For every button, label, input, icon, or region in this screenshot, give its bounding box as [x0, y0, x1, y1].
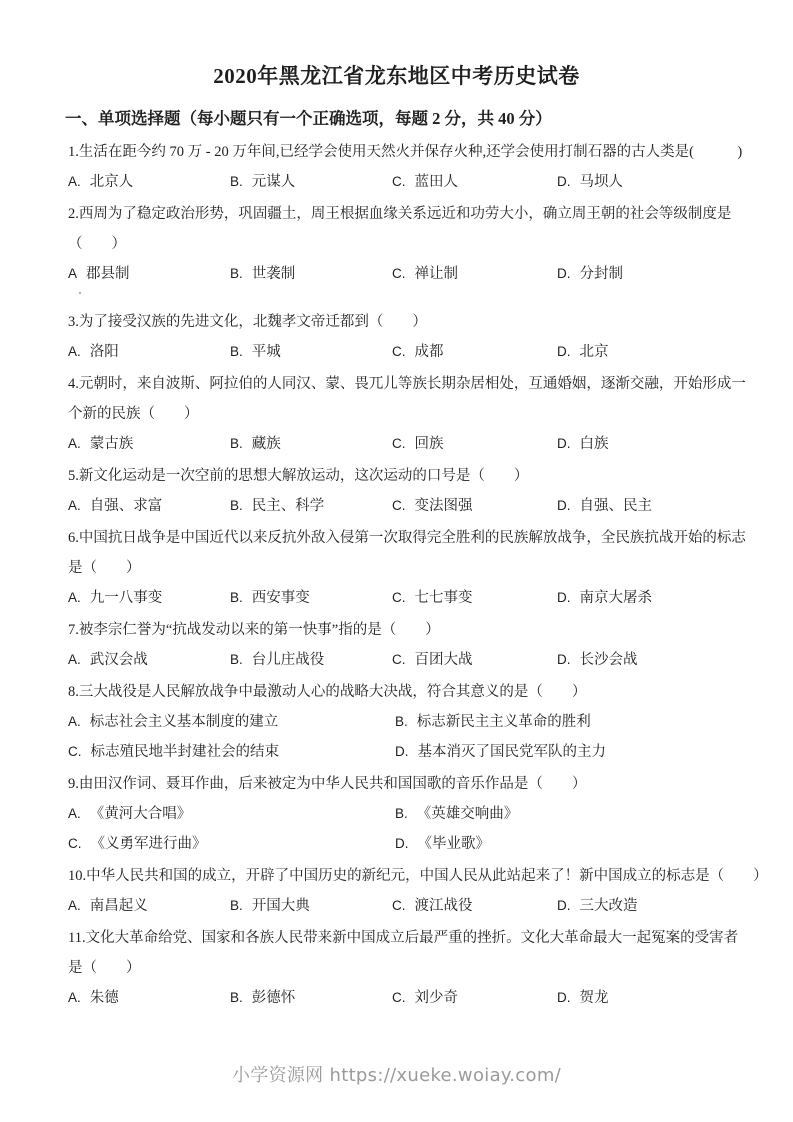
question-8-text-line: 8.三大战役是人民解放战争中最激动人心的战略大决战，符合其意义的是（ ）	[68, 677, 780, 707]
option-letter: A.	[68, 491, 81, 521]
question-4-option-D: D.白族	[557, 429, 609, 459]
option-letter: D.	[557, 429, 571, 459]
question-11-options-row: A.朱德B.彭德怀C.刘少奇D.贺龙	[68, 983, 780, 1013]
option-letter: A.	[68, 983, 81, 1013]
question-10-option-C: C.渡江战役	[392, 891, 557, 921]
option-letter: A.	[68, 707, 81, 737]
option-text: 元谋人	[252, 174, 296, 190]
option-text: 变法图强	[415, 498, 473, 514]
question-3-option-D: D.北京	[557, 337, 609, 367]
option-letter: C.	[392, 337, 406, 367]
option-text: 郡县制	[86, 266, 130, 282]
question-11-text-line: 11.文化大革命给党、国家和各族人民带来新中国成立后最严重的挫折。文化大革命最大…	[68, 923, 780, 953]
option-letter: D.	[557, 337, 571, 367]
option-letter: C.	[68, 737, 82, 767]
question-3-option-A: A.洛阳	[68, 337, 230, 367]
option-letter: B.	[230, 583, 243, 613]
option-text: 世袭制	[252, 266, 296, 282]
question-1-text-line: 1.生活在距今约 70 万 - 20 万年间,已经学会使用天然火并保存火种,还学…	[68, 137, 780, 167]
option-letter: C.	[68, 829, 82, 859]
option-text: 基本消灭了国民党军队的主力	[418, 744, 607, 760]
option-text: 标志殖民地半封建社会的结束	[91, 744, 280, 760]
option-text: 台儿庄战役	[252, 652, 325, 668]
option-text: 《黄河大合唱》	[90, 806, 192, 822]
question-9-text-line: 9.由田汉作词、聂耳作曲，后来被定为中华人民共和国国歌的音乐作品是（ ）	[68, 769, 780, 799]
option-text: 渡江战役	[415, 898, 473, 914]
option-letter: C.	[392, 583, 406, 613]
question-9-option-B: B.《英雄交响曲》	[395, 799, 518, 829]
option-text: 彭德怀	[252, 990, 296, 1006]
option-text: 马坝人	[580, 174, 624, 190]
footer-link[interactable]: https://xueke.woiay.com/	[330, 1065, 562, 1086]
question-11-option-B: B.彭德怀	[230, 983, 392, 1013]
option-text: 刘少奇	[415, 990, 459, 1006]
option-text: 自强、求富	[90, 498, 163, 514]
question-5-option-C: C.变法图强	[392, 491, 557, 521]
option-letter: D.	[395, 829, 409, 859]
option-letter: A.	[68, 337, 81, 367]
option-text: 标志新民主主义革命的胜利	[417, 714, 591, 730]
question-9-options-row: C.《义勇军进行曲》D.《毕业歌》	[68, 829, 780, 859]
question-6-option-D: D.南京大屠杀	[557, 583, 652, 613]
question-11-option-C: C.刘少奇	[392, 983, 557, 1013]
question-4: 4.元朝时，来自波斯、阿拉伯的人同汉、蒙、畏兀儿等族长期杂居相处，互通婚姻，逐渐…	[68, 369, 780, 459]
question-4-option-C: C.回族	[392, 429, 557, 459]
option-text: 成都	[415, 344, 444, 360]
question-8-options-row: A.标志社会主义基本制度的建立B.标志新民主主义革命的胜利	[68, 707, 780, 737]
question-5: 5.新文化运动是一次空前的思想大解放运动，这次运动的口号是（ ）A.自强、求富B…	[68, 461, 780, 521]
question-3-option-C: C.成都	[392, 337, 557, 367]
option-text: 《毕业歌》	[418, 836, 491, 852]
question-7-option-D: D.长沙会战	[557, 645, 638, 675]
option-letter: C.	[392, 891, 406, 921]
questions-list: 1.生活在距今约 70 万 - 20 万年间,已经学会使用天然火并保存火种,还学…	[68, 137, 780, 1015]
option-text: 藏族	[252, 436, 281, 452]
question-4-option-A: A.蒙古族	[68, 429, 230, 459]
option-letter: B.	[230, 645, 243, 675]
option-text: 武汉会战	[90, 652, 148, 668]
question-11: 11.文化大革命给党、国家和各族人民带来新中国成立后最严重的挫折。文化大革命最大…	[68, 923, 780, 1013]
question-6-text-line: 6.中国抗日战争是中国近代以来反抗外敌入侵第一次取得完全胜利的民族解放战争，全民…	[68, 523, 780, 553]
question-2: 2.西周为了稳定政治形势，巩固疆土，周王根据血缘关系远近和功劳大小，确立周王朝的…	[68, 199, 780, 305]
option-text: 长沙会战	[580, 652, 638, 668]
option-text: 蓝田人	[415, 174, 459, 190]
option-text: 分封制	[580, 266, 624, 282]
question-8-options-row: C.标志殖民地半封建社会的结束D.基本消灭了国民党军队的主力	[68, 737, 780, 767]
option-letter: D.	[557, 891, 571, 921]
question-9-option-D: D.《毕业歌》	[395, 829, 490, 859]
footer: 小学资源网 https://xueke.woiay.com/	[0, 1063, 793, 1089]
question-7-option-C: C.百团大战	[392, 645, 557, 675]
question-8-option-A: A.标志社会主义基本制度的建立	[68, 707, 395, 737]
option-letter: D.	[557, 259, 571, 289]
question-1: 1.生活在距今约 70 万 - 20 万年间,已经学会使用天然火并保存火种,还学…	[68, 137, 780, 197]
question-10-options-row: A.南昌起义B.开国大典C.渡江战役D.三大改造	[68, 891, 780, 921]
option-text: 《义勇军进行曲》	[91, 836, 207, 852]
option-letter: B.	[395, 799, 408, 829]
option-text: 南昌起义	[90, 898, 148, 914]
question-4-options-row: A.蒙古族B.藏族C.回族D.白族	[68, 429, 780, 459]
option-letter: A	[68, 259, 77, 289]
option-text: 朱德	[90, 990, 119, 1006]
option-letter: C.	[392, 983, 406, 1013]
question-4-text-line: 个新的民族（ ）	[68, 399, 780, 429]
option-letter: D.	[557, 491, 571, 521]
question-5-option-D: D.自强、民主	[557, 491, 652, 521]
option-letter: B.	[395, 707, 408, 737]
option-letter: D.	[557, 645, 571, 675]
option-letter: A.	[68, 167, 81, 197]
question-9: 9.由田汉作词、聂耳作曲，后来被定为中华人民共和国国歌的音乐作品是（ ）A.《黄…	[68, 769, 780, 859]
option-letter: A.	[68, 799, 81, 829]
question-11-text-line: 是（ ）	[68, 953, 780, 983]
option-text: 贺龙	[580, 990, 609, 1006]
option-letter: A.	[68, 891, 81, 921]
option-text: 蒙古族	[90, 436, 134, 452]
option-letter: B.	[230, 337, 243, 367]
question-10-text-line: 10.中华人民共和国的成立，开辟了中国历史的新纪元，中国人民从此站起来了！新中国…	[68, 861, 780, 891]
option-letter: A.	[68, 583, 81, 613]
question-5-option-B: B.民主、科学	[230, 491, 392, 521]
question-7-options-row: A.武汉会战B.台儿庄战役C.百团大战D.长沙会战	[68, 645, 780, 675]
question-2-option-B: B.世袭制	[230, 259, 392, 289]
section-header: 一、单项选择题（每小题只有一个正确选项，每题 2 分，共 40 分）	[65, 106, 785, 132]
option-text: 七七事变	[415, 590, 473, 606]
question-7-text-line: 7.被李宗仁誉为“抗战发动以来的第一快事”指的是（ ）	[68, 615, 780, 645]
option-letter: D.	[557, 167, 571, 197]
exam-paper-page: 2020年黑龙江省龙东地区中考历史试卷 一、单项选择题（每小题只有一个正确选项，…	[0, 0, 793, 1122]
question-6: 6.中国抗日战争是中国近代以来反抗外敌入侵第一次取得完全胜利的民族解放战争，全民…	[68, 523, 780, 613]
option-text: 洛阳	[90, 344, 119, 360]
option-letter: C.	[392, 645, 406, 675]
option-letter: C.	[392, 167, 406, 197]
question-2-text-line: （ ）	[68, 229, 780, 259]
option-text: 九一八事变	[90, 590, 163, 606]
question-8-option-D: D.基本消灭了国民党军队的主力	[395, 737, 606, 767]
question-3-option-B: B.平城	[230, 337, 392, 367]
scan-artifact-mark: '	[68, 289, 780, 305]
question-1-option-D: D.马坝人	[557, 167, 623, 197]
option-letter: B.	[230, 491, 243, 521]
question-7-option-A: A.武汉会战	[68, 645, 230, 675]
question-6-options-row: A.九一八事变B.西安事变C.七七事变D.南京大屠杀	[68, 583, 780, 613]
question-11-option-A: A.朱德	[68, 983, 230, 1013]
question-7: 7.被李宗仁誉为“抗战发动以来的第一快事”指的是（ ）A.武汉会战B.台儿庄战役…	[68, 615, 780, 675]
page-title: 2020年黑龙江省龙东地区中考历史试卷	[0, 60, 793, 92]
option-letter: B.	[230, 167, 243, 197]
option-text: 平城	[252, 344, 281, 360]
question-8-option-C: C.标志殖民地半封建社会的结束	[68, 737, 395, 767]
option-text: 标志社会主义基本制度的建立	[90, 714, 279, 730]
option-text: 自强、民主	[580, 498, 653, 514]
question-3-text-line: 3.为了接受汉族的先进文化，北魏孝文帝迁都到（ ）	[68, 307, 780, 337]
question-2-option-D: D.分封制	[557, 259, 623, 289]
option-text: 《英雄交响曲》	[417, 806, 519, 822]
question-2-options-row: A郡县制B.世袭制C.禅让制D.分封制	[68, 259, 780, 289]
option-letter: D.	[557, 983, 571, 1013]
question-6-option-B: B.西安事变	[230, 583, 392, 613]
question-10-option-A: A.南昌起义	[68, 891, 230, 921]
question-8-option-B: B.标志新民主主义革命的胜利	[395, 707, 591, 737]
footer-site-name: 小学资源网	[232, 1065, 324, 1086]
question-10-option-D: D.三大改造	[557, 891, 638, 921]
question-1-option-C: C.蓝田人	[392, 167, 557, 197]
question-1-option-B: B.元谋人	[230, 167, 392, 197]
option-text: 民主、科学	[252, 498, 325, 514]
question-4-option-B: B.藏族	[230, 429, 392, 459]
question-2-text-line: 2.西周为了稳定政治形势，巩固疆土，周王根据血缘关系远近和功劳大小，确立周王朝的…	[68, 199, 780, 229]
option-letter: B.	[230, 259, 243, 289]
question-9-option-A: A.《黄河大合唱》	[68, 799, 395, 829]
option-text: 开国大典	[252, 898, 310, 914]
question-6-text-line: 是（ ）	[68, 553, 780, 583]
option-text: 白族	[580, 436, 609, 452]
option-text: 南京大屠杀	[580, 590, 653, 606]
question-3-options-row: A.洛阳B.平城C.成都D.北京	[68, 337, 780, 367]
question-10: 10.中华人民共和国的成立，开辟了中国历史的新纪元，中国人民从此站起来了！新中国…	[68, 861, 780, 921]
option-text: 西安事变	[252, 590, 310, 606]
option-letter: D.	[395, 737, 409, 767]
option-text: 北京人	[90, 174, 134, 190]
option-letter: A.	[68, 645, 81, 675]
option-letter: B.	[230, 891, 243, 921]
question-9-option-C: C.《义勇军进行曲》	[68, 829, 395, 859]
option-text: 禅让制	[415, 266, 459, 282]
question-5-options-row: A.自强、求富B.民主、科学C.变法图强D.自强、民主	[68, 491, 780, 521]
question-11-option-D: D.贺龙	[557, 983, 609, 1013]
question-2-option-C: C.禅让制	[392, 259, 557, 289]
option-letter: B.	[230, 983, 243, 1013]
question-8: 8.三大战役是人民解放战争中最激动人心的战略大决战，符合其意义的是（ ）A.标志…	[68, 677, 780, 767]
question-5-text-line: 5.新文化运动是一次空前的思想大解放运动，这次运动的口号是（ ）	[68, 461, 780, 491]
question-3: 3.为了接受汉族的先进文化，北魏孝文帝迁都到（ ）A.洛阳B.平城C.成都D.北…	[68, 307, 780, 367]
question-6-option-C: C.七七事变	[392, 583, 557, 613]
question-6-option-A: A.九一八事变	[68, 583, 230, 613]
question-1-options-row: A.北京人B.元谋人C.蓝田人D.马坝人	[68, 167, 780, 197]
option-letter: C.	[392, 491, 406, 521]
option-letter: B.	[230, 429, 243, 459]
option-letter: A.	[68, 429, 81, 459]
option-text: 三大改造	[580, 898, 638, 914]
question-2-option-A: A郡县制	[68, 259, 230, 289]
question-10-option-B: B.开国大典	[230, 891, 392, 921]
question-9-options-row: A.《黄河大合唱》B.《英雄交响曲》	[68, 799, 780, 829]
question-4-text-line: 4.元朝时，来自波斯、阿拉伯的人同汉、蒙、畏兀儿等族长期杂居相处，互通婚姻，逐渐…	[68, 369, 780, 399]
question-5-option-A: A.自强、求富	[68, 491, 230, 521]
option-text: 回族	[415, 436, 444, 452]
option-letter: C.	[392, 429, 406, 459]
question-7-option-B: B.台儿庄战役	[230, 645, 392, 675]
option-text: 百团大战	[415, 652, 473, 668]
option-letter: D.	[557, 583, 571, 613]
option-text: 北京	[580, 344, 609, 360]
option-letter: C.	[392, 259, 406, 289]
question-1-option-A: A.北京人	[68, 167, 230, 197]
